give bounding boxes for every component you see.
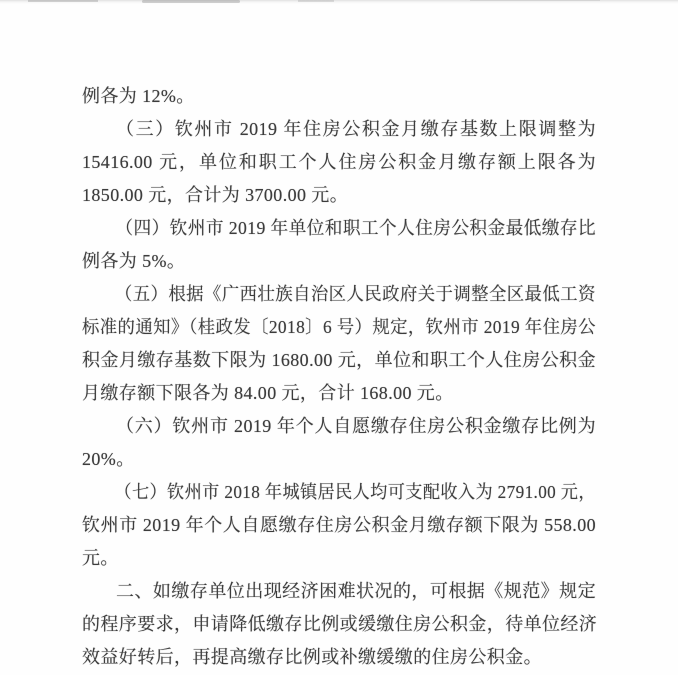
- paragraph: （三）钦州市 2019 年住房公积金月缴存基数上限调整为15416.00 元，单…: [82, 113, 596, 212]
- text-line: （五）根据《广西壮族自治区人民政府关于调整全区最低工资: [82, 278, 580, 311]
- paragraph: （六）钦州市 2019 年个人自愿缴存住房公积金缴存比例为20%。: [82, 410, 596, 476]
- scan-artifact-top-edge: [0, 0, 678, 4]
- text-line: 二、如缴存单位出现经济困难状况的，可根据《规范》规定: [82, 575, 596, 608]
- scan-streak: [298, 0, 334, 2]
- text-line: 例各为 12%。: [82, 80, 596, 113]
- text-line: 15416.00 元，单位和职工个人住房公积金月缴存额上限各为: [82, 146, 596, 179]
- scan-streak: [142, 0, 240, 3]
- paragraph: 例各为 12%。: [82, 80, 596, 113]
- text-line: 月缴存额下限各为 84.00 元，合计 168.00 元。: [82, 377, 596, 410]
- text-line: 钦州市 2019 年个人自愿缴存住房公积金月缴存额下限为 558.00: [82, 509, 596, 542]
- paragraph: （四）钦州市 2019 年单位和职工个人住房公积金最低缴存比例各为 5%。: [82, 212, 596, 278]
- text-line: （四）钦州市 2019 年单位和职工个人住房公积金最低缴存比: [82, 212, 587, 245]
- text-line: 元。: [82, 542, 596, 575]
- text-line: 效益好转后，再提高缴存比例或补缴缓缴的住房公积金。: [82, 641, 596, 674]
- document-page: 例各为 12%。（三）钦州市 2019 年住房公积金月缴存基数上限调整为1541…: [0, 0, 678, 675]
- text-line: 20%。: [82, 443, 596, 476]
- text-line: 1850.00 元，合计为 3700.00 元。: [82, 179, 596, 212]
- scan-streak: [470, 0, 600, 1]
- text-line: 的程序要求，申请降低缴存比例或缓缴住房公积金，待单位经济: [82, 608, 596, 641]
- paragraph: 二、如缴存单位出现经济困难状况的，可根据《规范》规定的程序要求，申请降低缴存比例…: [82, 575, 596, 674]
- scan-streak: [28, 0, 98, 2]
- text-line: 例各为 5%。: [82, 245, 596, 278]
- paragraph: （五）根据《广西壮族自治区人民政府关于调整全区最低工资标准的通知》（桂政发〔20…: [82, 278, 596, 410]
- paragraph: （七）钦州市 2018 年城镇居民人均可支配收入为 2791.00 元，钦州市 …: [82, 476, 596, 575]
- text-line: （七）钦州市 2018 年城镇居民人均可支配收入为 2791.00 元，: [82, 476, 572, 509]
- text-line: （三）钦州市 2019 年住房公积金月缴存基数上限调整为: [82, 113, 596, 146]
- document-body: 例各为 12%。（三）钦州市 2019 年住房公积金月缴存基数上限调整为1541…: [82, 80, 596, 674]
- text-line: 积金月缴存基数下限为 1680.00 元，单位和职工个人住房公积金: [82, 344, 596, 377]
- text-line: （六）钦州市 2019 年个人自愿缴存住房公积金缴存比例为: [82, 410, 596, 443]
- text-line: 标准的通知》（桂政发〔2018〕6 号）规定，钦州市 2019 年住房公: [82, 311, 579, 344]
